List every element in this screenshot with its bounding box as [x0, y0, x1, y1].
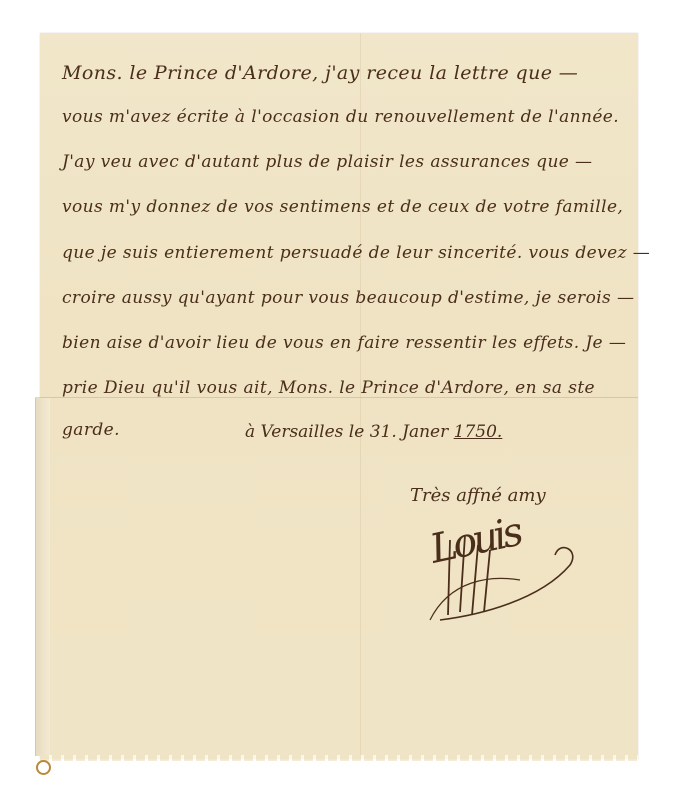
letter-line-5: que je suis entierement persuadé de leur… — [62, 243, 650, 263]
year: 1750. — [454, 422, 503, 442]
binding-ring — [36, 760, 51, 775]
place-date: à Versailles le 31. Janer 1750. — [245, 422, 502, 442]
torn-bottom-edge — [40, 755, 638, 761]
letter-line-7: bien aise d'avoir lieu de vous en faire … — [62, 333, 626, 353]
letter-line-2: vous m'avez écrite à l'occasion du renou… — [62, 107, 619, 127]
letter-line-1: Mons. le Prince d'Ardore, j'ay receu la … — [62, 62, 578, 84]
place-and-day: à Versailles le 31. Janer — [245, 422, 448, 442]
letter-line-3: J'ay veu avec d'autant plus de plaisir l… — [62, 152, 592, 172]
letter-line-4: vous m'y donnez de vos sentimens et de c… — [62, 197, 623, 217]
letter-line-9: garde. — [62, 420, 120, 440]
closing-salutation: Très affné amy — [410, 485, 546, 506]
letter-line-6: croire aussy qu'ayant pour vous beaucoup… — [62, 288, 634, 308]
folded-edge — [35, 398, 50, 756]
letter-line-8: prie Dieu qu'il vous ait, Mons. le Princ… — [62, 378, 595, 398]
